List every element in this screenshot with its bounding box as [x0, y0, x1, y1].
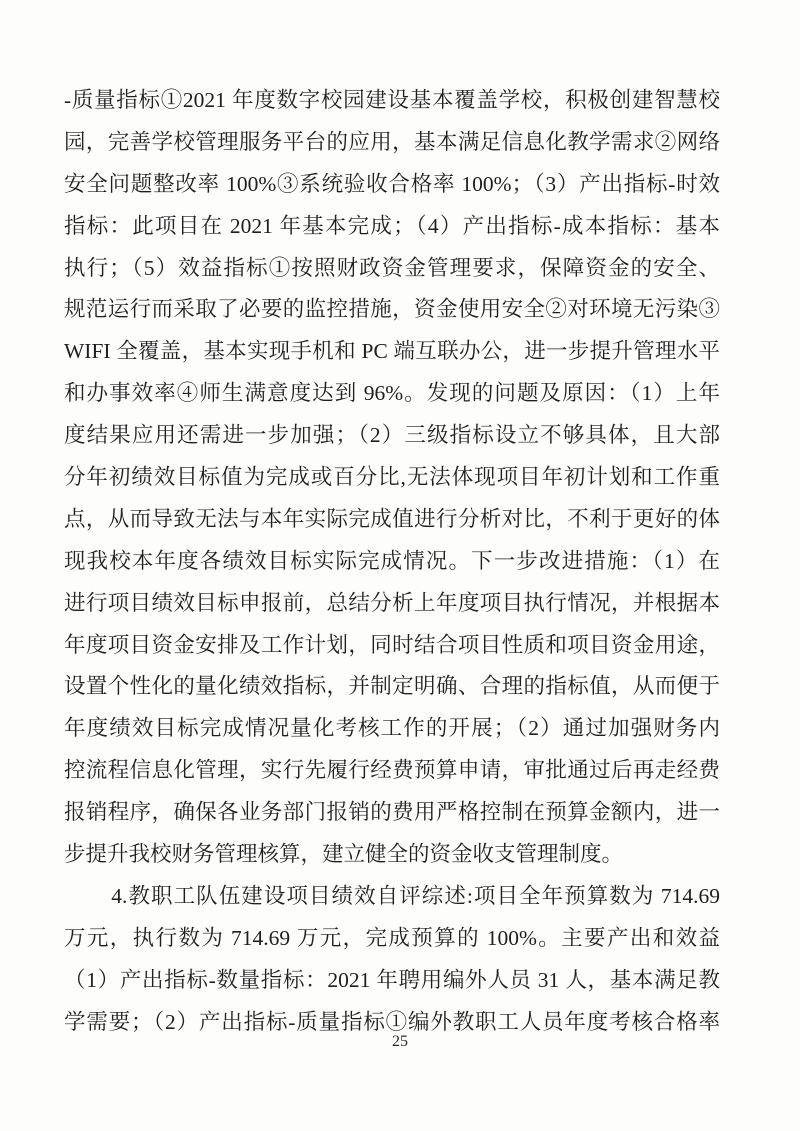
text-line: 安全问题整改率 100%③系统验收合格率 100%；（3）产出指标-时效 [64, 164, 720, 206]
text-line: 报销程序，确保各业务部门报销的费用严格控制在预算金额内，进一 [64, 792, 720, 834]
text-line: 园，完善学校管理服务平台的应用，基本满足信息化教学需求②网络 [64, 122, 720, 164]
text-line: 年度项目资金安排及工作计划，同时结合项目性质和项目资金用途， [64, 625, 720, 667]
text-line: 现我校本年度各绩效目标实际完成情况。下一步改进措施：（1）在 [64, 541, 720, 583]
text-line: 执行；（5）效益指标①按照财政资金管理要求，保障资金的安全、 [64, 248, 720, 290]
text-line: 设置个性化的量化绩效指标，并制定明确、合理的指标值，从而便于 [64, 666, 720, 708]
text-line-paragraph-start: 4.教职工队伍建设项目绩效自评综述:项目全年预算数为 714.69 [64, 876, 720, 918]
body-text: -质量指标①2021 年度数字校园建设基本覆盖学校，积极创建智慧校 园，完善学校… [64, 80, 720, 1043]
text-line: 度结果应用还需进一步加强；（2）三级指标设立不够具体，且大部 [64, 415, 720, 457]
text-line: 点，从而导致无法与本年实际完成值进行分析对比，不利于更好的体 [64, 499, 720, 541]
text-line: 和办事效率④师生满意度达到 96%。发现的问题及原因：（1）上年 [64, 373, 720, 415]
text-line: 规范运行而采取了必要的监控措施，资金使用安全②对环境无污染③ [64, 289, 720, 331]
text-line: 分年初绩效目标值为完成或百分比,无法体现项目年初计划和工作重 [64, 457, 720, 499]
page-number: 25 [0, 1033, 800, 1051]
text-line: 进行项目绩效目标申报前，总结分析上年度项目执行情况，并根据本 [64, 583, 720, 625]
text-line: WIFI 全覆盖，基本实现手机和 PC 端互联办公，进一步提升管理水平 [64, 331, 720, 373]
text-line: 万元，执行数为 714.69 万元，完成预算的 100%。主要产出和效益是： [64, 918, 720, 960]
text-line: （1）产出指标-数量指标：2021 年聘用编外人员 31 人，基本满足教 [64, 960, 720, 1002]
text-line: 年度绩效目标完成情况量化考核工作的开展；（2）通过加强财务内 [64, 708, 720, 750]
text-line: 指标：此项目在 2021 年基本完成；（4）产出指标-成本指标：基本 [64, 206, 720, 248]
text-line: -质量指标①2021 年度数字校园建设基本覆盖学校，积极创建智慧校 [64, 80, 720, 122]
document-page: -质量指标①2021 年度数字校园建设基本覆盖学校，积极创建智慧校 园，完善学校… [0, 0, 800, 1131]
text-line: 控流程信息化管理，实行先履行经费预算申请，审批通过后再走经费 [64, 750, 720, 792]
text-line-paragraph-end: 步提升我校财务管理核算，建立健全的资金收支管理制度。 [64, 834, 720, 876]
